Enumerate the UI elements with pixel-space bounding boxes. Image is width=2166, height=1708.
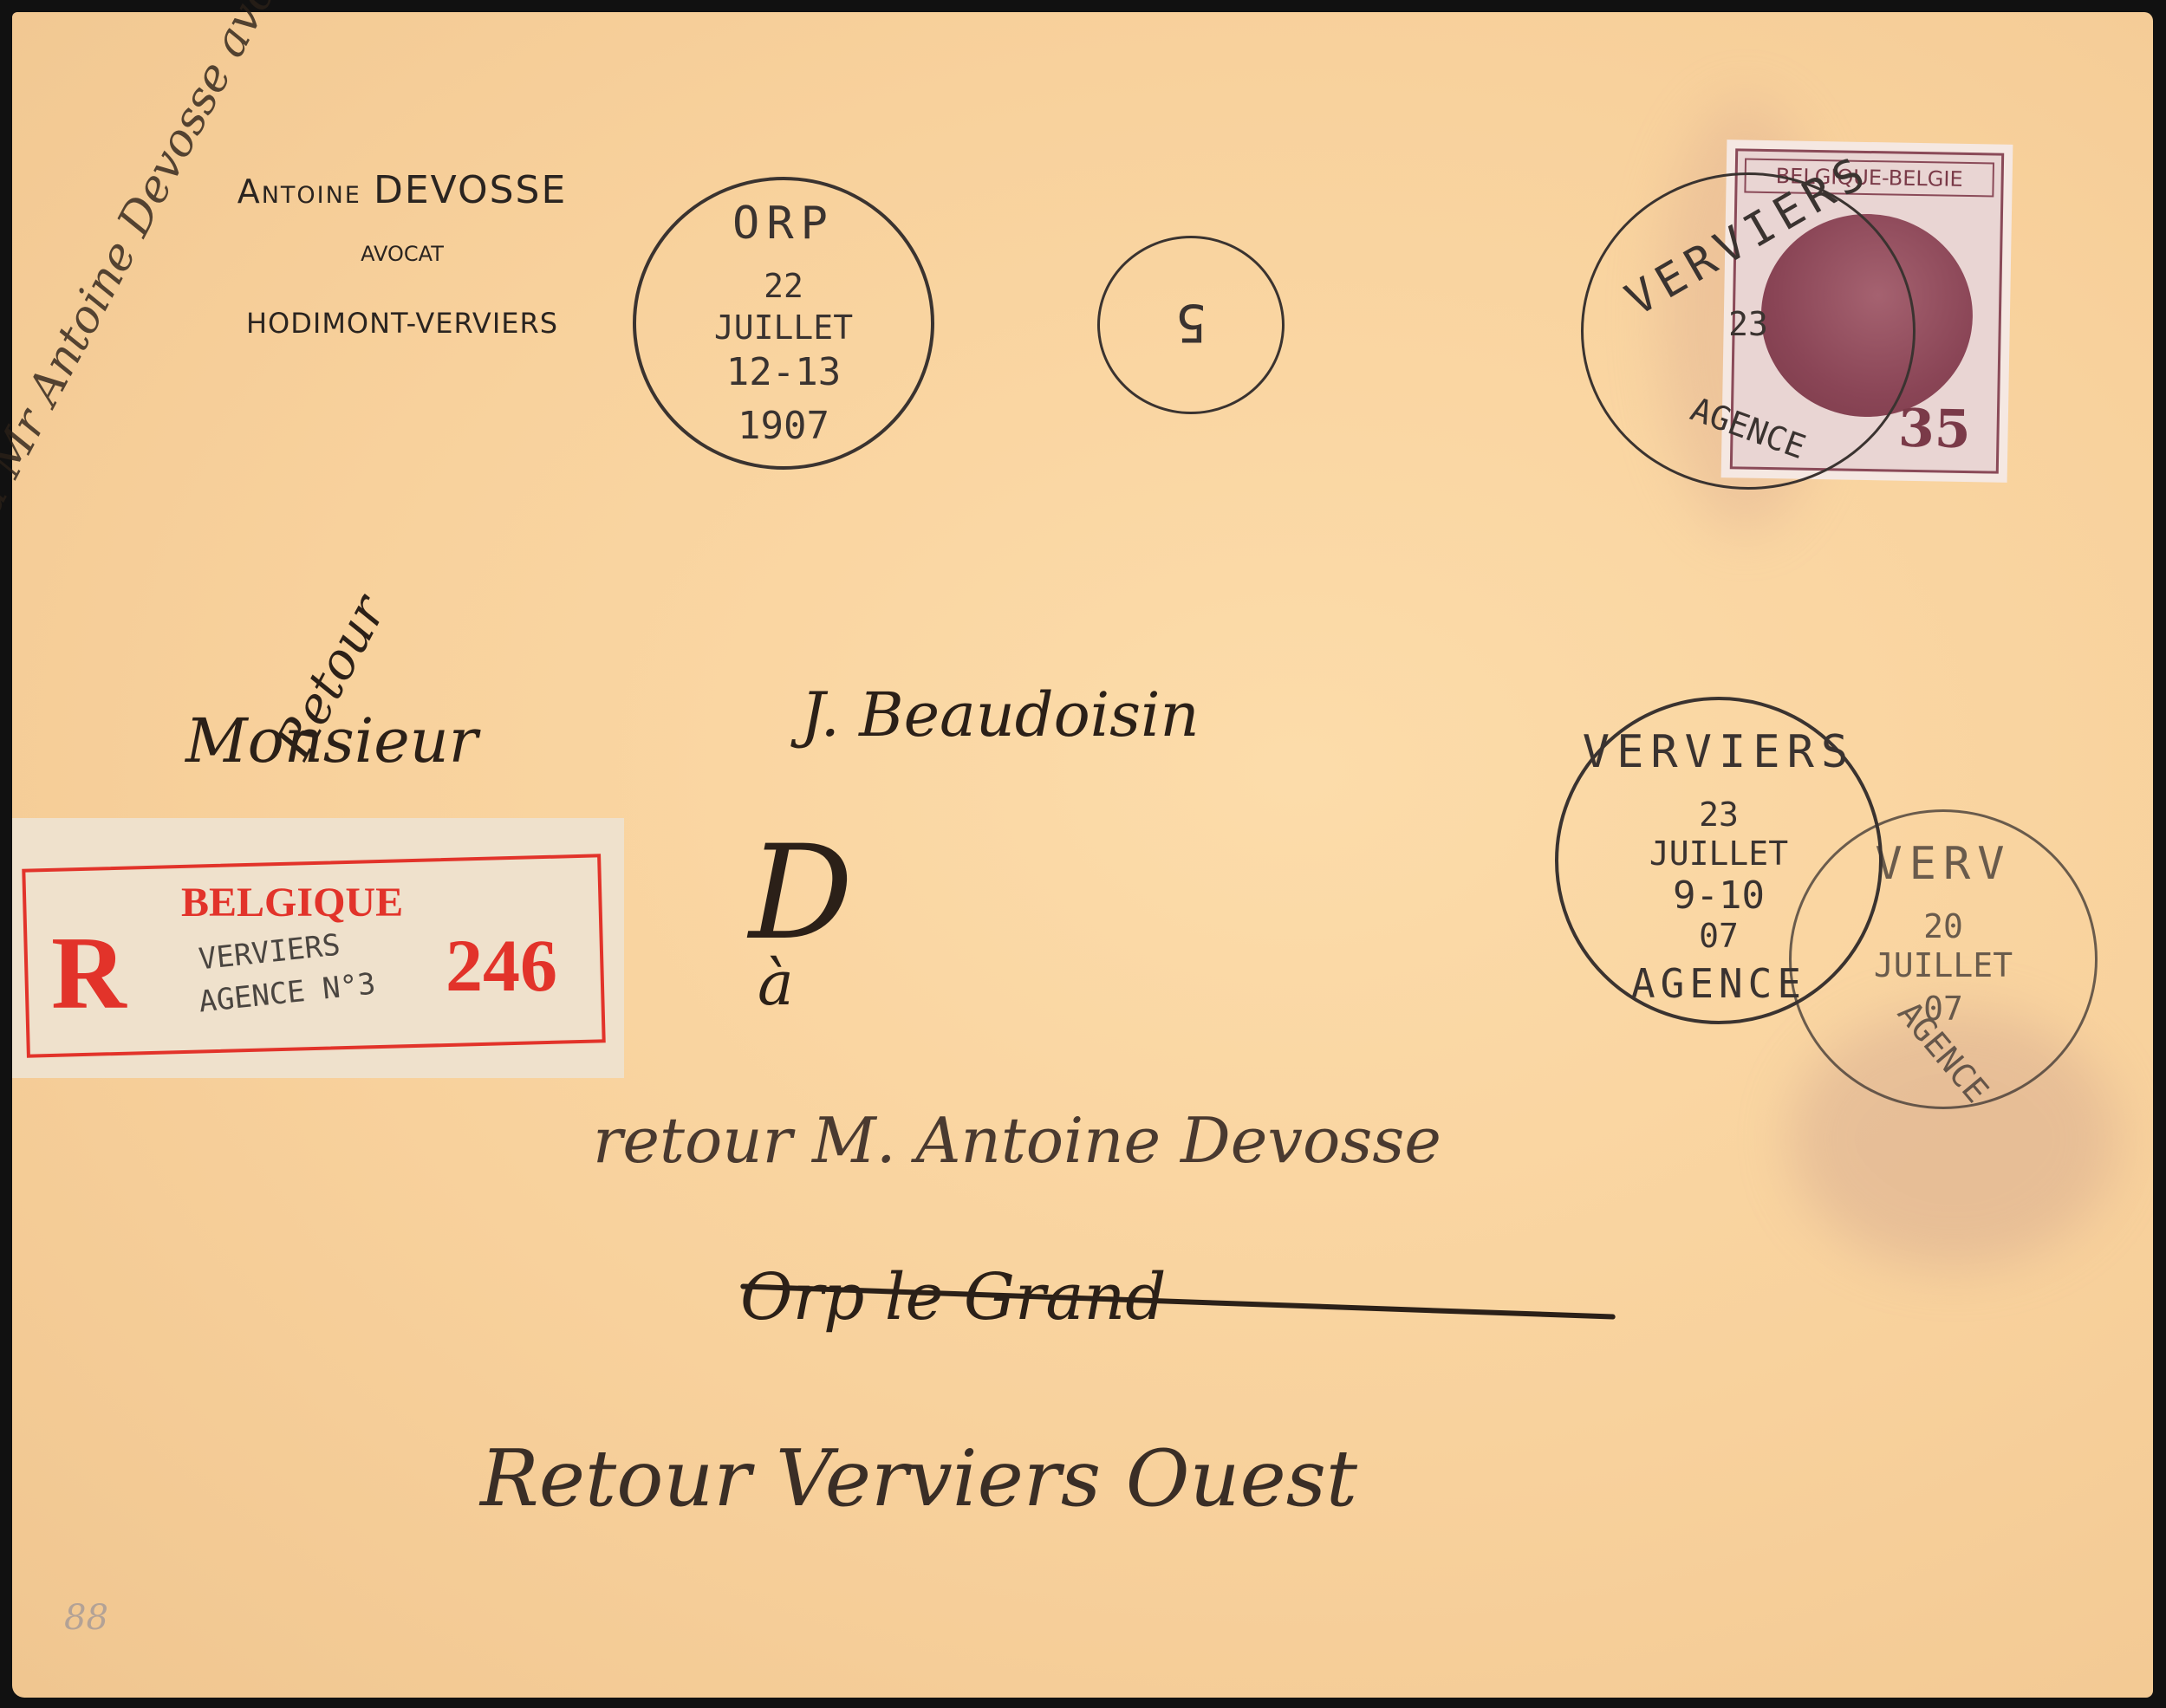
registration-label: R BELGIQUE 246 VERVIERS AGENCE N°3 [12,818,624,1078]
letterhead-profession: AVOCAT [159,242,645,266]
address-salutation: Monsieur [185,705,478,776]
address-return-note: retour M. Antoine Devosse [593,1104,1441,1177]
postmark-verviers-20: VERV 20 JUILLET 07 AGENCE [1789,809,2098,1109]
postmark-orp: ORP 22 JUILLET 12-13 1907 [633,177,934,470]
stamp-value: 35 [1898,399,1972,460]
address-monogram: D [749,818,853,969]
envelope: Antoine DEVOSSE AVOCAT HODIMONT-VERVIERS… [12,12,2153,1698]
pencil-note: 88 [64,1598,108,1638]
postmark-numeral: 5 [1097,236,1285,414]
address-recipient: J. Beaudoisin [801,679,1200,750]
registration-country: BELGIQUE [181,879,403,926]
address-preposition: à [758,948,794,1019]
registration-number: 246 [446,922,557,1009]
registration-letter: R [51,913,127,1033]
address-redirect: Retour Verviers Ouest [480,1433,1357,1524]
letterhead-location: HODIMONT-VERVIERS [159,307,645,340]
postmark-verviers-cancel: VERVIERS 23 AGENCE [1581,172,1916,490]
letterhead-name: Antoine DEVOSSE [159,168,645,212]
